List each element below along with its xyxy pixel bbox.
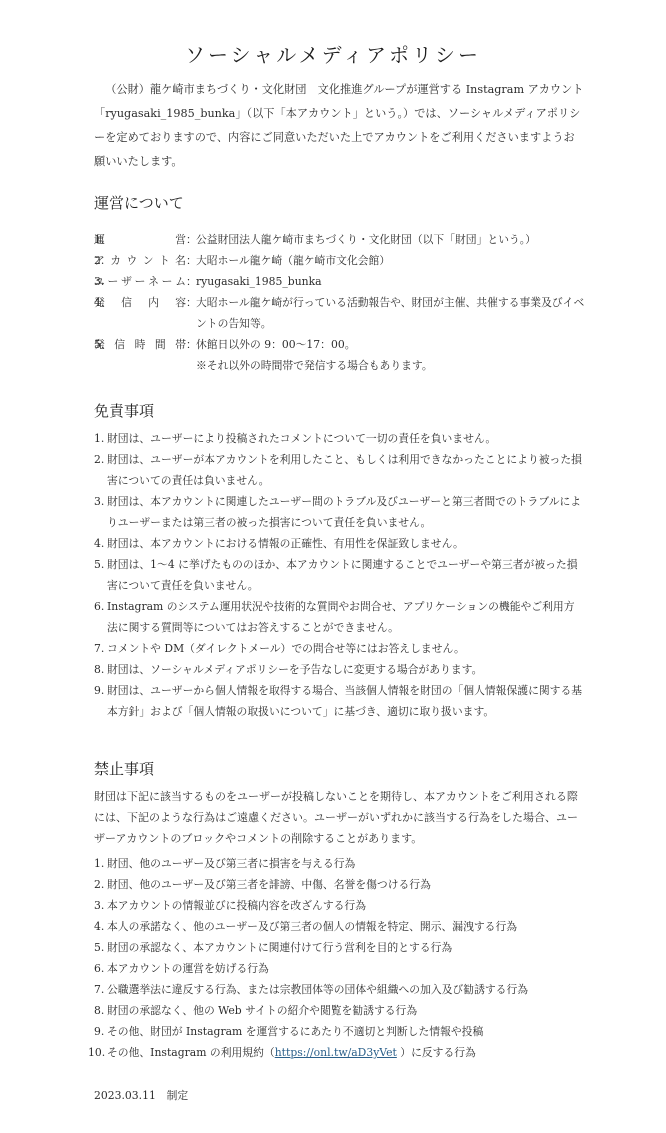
list-item: 5.財団は、1〜4 に挙げたもののほか、本アカウントに関連することでユーザーや第… (94, 554, 584, 596)
operation-item: 3. ユーザーネーム ： ryugasaki_1985_bunka (94, 271, 594, 292)
page-title: ソーシャルメディアポリシー (0, 39, 666, 68)
item-number: 5. (94, 334, 107, 355)
operation-item: 2. アカウント名 ： 大昭ホール龍ケ崎（龍ケ崎市文化会館） (94, 250, 594, 271)
list-item: 6.Instagram のシステム運用状況や技術的な質問やお問合せ、アプリケーシ… (94, 596, 584, 638)
footer-enacted: 2023.03.11 制定 (94, 1088, 188, 1103)
item-number: 2. (94, 250, 107, 271)
list-item: 2.財団は、ユーザーが本アカウントを利用したこと、もしくは利用できなかったことに… (94, 449, 584, 491)
list-item: 2.財団、他のユーザー及び第三者を誹謗、中傷、名誉を傷つける行為 (94, 874, 594, 895)
item-number: 1. (94, 229, 107, 250)
item-number: 4. (94, 292, 107, 313)
instagram-terms-link[interactable]: https://onl.tw/aD3yVet (275, 1046, 397, 1059)
operation-value: ryugasaki_1985_bunka (196, 271, 594, 292)
operation-label: 発信時間帯 (94, 334, 186, 376)
list-item: 10.その他、Instagram の利用規約（https://onl.tw/aD… (94, 1042, 594, 1063)
operation-label: アカウント名 (94, 250, 186, 271)
operation-label: 発信内容 (94, 292, 186, 334)
operation-list: 1. 運営 ： 公益財団法人龍ケ崎市まちづくり・文化財団（以下「財団」という。）… (94, 229, 594, 376)
section-heading-operation: 運営について (94, 192, 184, 213)
operation-note: ※それ以外の時間帯で発信する場合もあります。 (196, 359, 433, 372)
operation-item: 5. 発信時間帯 ： 休館日以外の 9：00〜17：00。 ※それ以外の時間帯で… (94, 334, 594, 376)
operation-value: 公益財団法人龍ケ崎市まちづくり・文化財団（以下「財団」という。） (196, 229, 594, 250)
operation-item: 1. 運営 ： 公益財団法人龍ケ崎市まちづくり・文化財団（以下「財団」という。） (94, 229, 594, 250)
prohibited-list: 1.財団、他のユーザー及び第三者に損害を与える行為 2.財団、他のユーザー及び第… (94, 853, 594, 1063)
section-heading-prohibited: 禁止事項 (94, 758, 154, 779)
enacted-label: 制定 (167, 1089, 189, 1102)
list-item: 3.本アカウントの情報並びに投稿内容を改ざんする行為 (94, 895, 594, 916)
list-item: 6.本アカウントの運営を妨げる行為 (94, 958, 594, 979)
operation-item: 4. 発信内容 ： 大昭ホール龍ケ崎が行っている活動報告や、財団が主催、共催する… (94, 292, 594, 334)
item-number: 3. (94, 271, 107, 292)
list-item: 8.財団は、ソーシャルメディアポリシーを予告なしに変更する場合があります。 (94, 659, 584, 680)
operation-value: 大昭ホール龍ケ崎（龍ケ崎市文化会館） (196, 250, 594, 271)
list-item: 3.財団は、本アカウントに関連したユーザー間のトラブル及びユーザーと第三者間での… (94, 491, 584, 533)
list-item: 9.財団は、ユーザーから個人情報を取得する場合、当該個人情報を財団の「個人情報保… (94, 680, 584, 722)
intro-text: （公財）龍ケ崎市まちづくり・文化財団 文化推進グループが運営する Instagr… (94, 78, 584, 174)
list-item: 7.コメントや DM（ダイレクトメール）での問合せ等にはお答えしません。 (94, 638, 584, 659)
list-item: 8.財団の承認なく、他の Web サイトの紹介や閲覧を勧誘する行為 (94, 1000, 594, 1021)
list-item: 1.財団、他のユーザー及び第三者に損害を与える行為 (94, 853, 594, 874)
list-item: 5.財団の承認なく、本アカウントに関連付けて行う営利を目的とする行為 (94, 937, 594, 958)
prohibited-intro: 財団は下記に該当するものをユーザーが投稿しないことを期待し、本アカウントをご利用… (94, 786, 584, 849)
enacted-date: 2023.03.11 (94, 1089, 156, 1102)
list-item: 4.財団は、本アカウントにおける情報の正確性、有用性を保証致しません。 (94, 533, 584, 554)
disclaimer-list: 1.財団は、ユーザーにより投稿されたコメントについて一切の責任を負いません。 2… (94, 428, 584, 722)
operation-value: 大昭ホール龍ケ崎が行っている活動報告や、財団が主催、共催する事業及びイベントの告… (196, 292, 594, 334)
intro-paragraph: （公財）龍ケ崎市まちづくり・文化財団 文化推進グループが運営する Instagr… (94, 78, 584, 174)
operation-value: 休館日以外の 9：00〜17：00。 ※それ以外の時間帯で発信する場合もあります… (196, 334, 594, 376)
list-item: 7.公職選挙法に違反する行為、または宗教団体等の団体や組織への加入及び勧誘する行… (94, 979, 594, 1000)
list-item: 1.財団は、ユーザーにより投稿されたコメントについて一切の責任を負いません。 (94, 428, 584, 449)
list-item: 4.本人の承諾なく、他のユーザー及び第三者の個人の情報を特定、開示、漏洩する行為 (94, 916, 594, 937)
operation-label: ユーザーネーム (94, 271, 186, 292)
list-item: 9.その他、財団が Instagram を運営するにあたり不適切と判断した情報や… (94, 1021, 594, 1042)
operation-label: 運営 (94, 229, 186, 250)
section-heading-disclaimer: 免責事項 (94, 400, 154, 421)
